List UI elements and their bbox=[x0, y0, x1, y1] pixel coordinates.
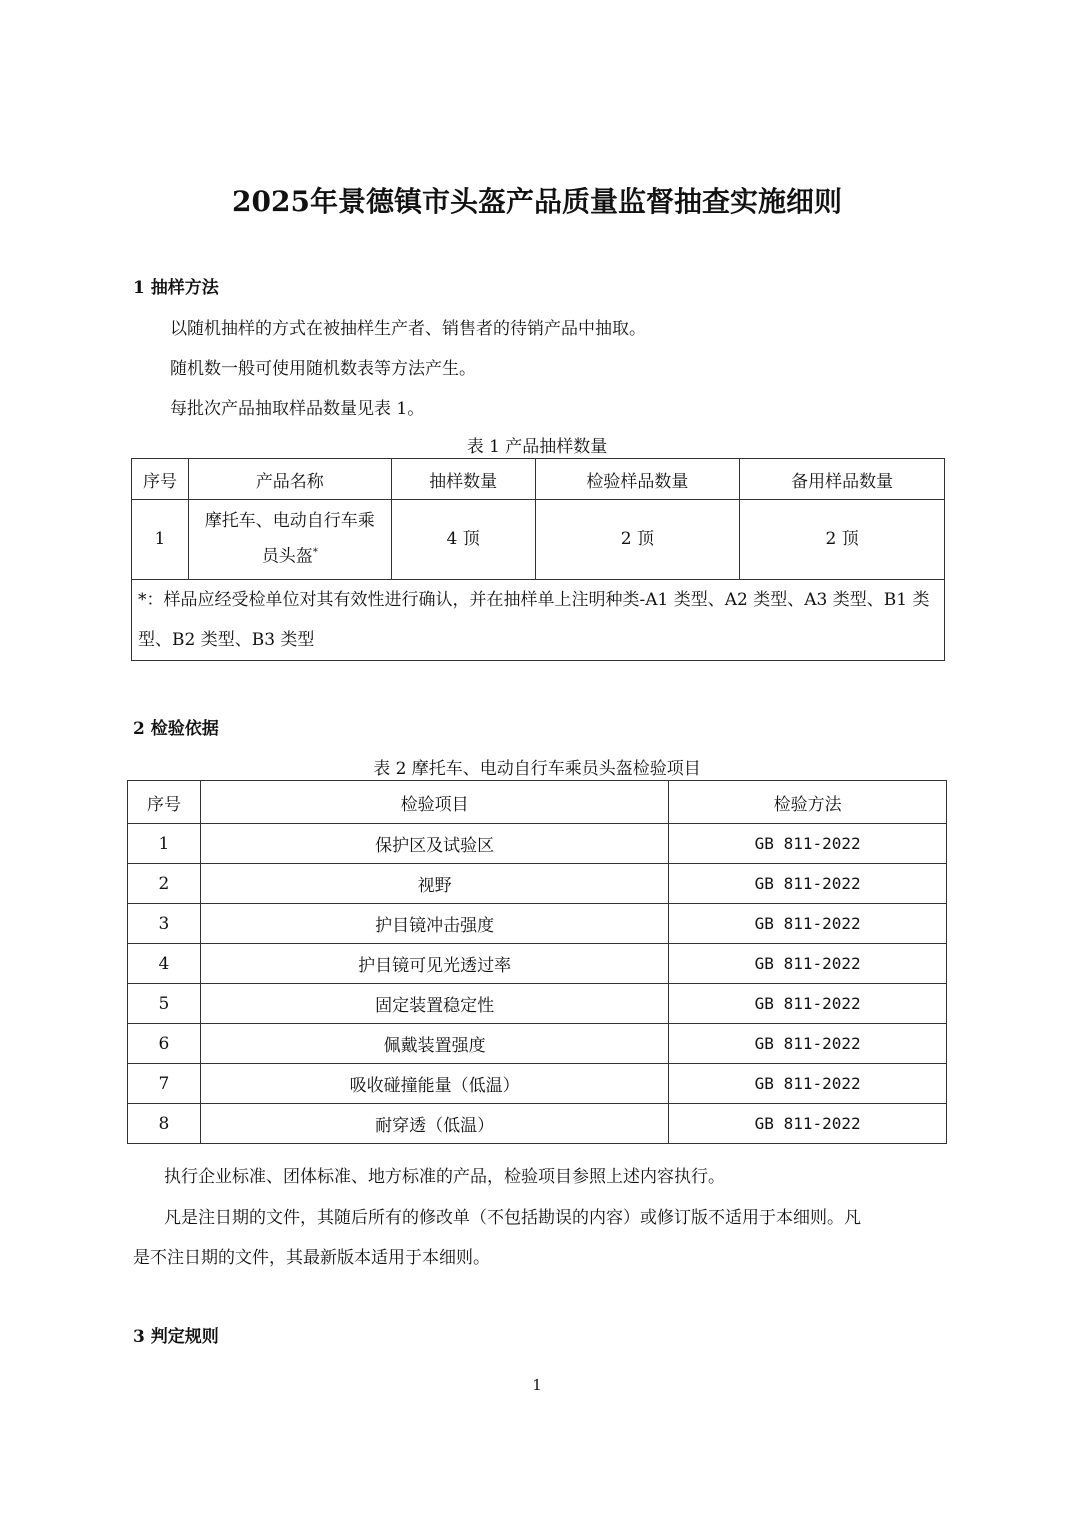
cell-test-qty: 2 顶 bbox=[535, 500, 740, 580]
table-row: 4护目镜可见光透过率GB 811-2022 bbox=[128, 944, 947, 984]
cell-method: GB 811-2022 bbox=[669, 904, 947, 944]
cell-no: 4 bbox=[128, 944, 201, 984]
header-cell: 检验方法 bbox=[669, 781, 947, 824]
cell-method: GB 811-2022 bbox=[669, 824, 947, 864]
product-name-line1: 摩托车、电动自行车乘 bbox=[205, 511, 375, 531]
header-cell: 产品名称 bbox=[188, 459, 391, 500]
paragraph: 每批次产品抽取样品数量见表 1。 bbox=[170, 394, 424, 419]
sampling-quantity-table: 序号 产品名称 抽样数量 检验样品数量 备用样品数量 1 摩托车、电动自行车乘 … bbox=[131, 458, 945, 661]
cell-item: 保护区及试验区 bbox=[200, 824, 668, 864]
header-cell: 抽样数量 bbox=[391, 459, 535, 500]
cell-no: 1 bbox=[132, 500, 189, 580]
cell-no: 8 bbox=[128, 1104, 201, 1144]
footnote-mark: * bbox=[313, 547, 318, 558]
table-row: 3护目镜冲击强度GB 811-2022 bbox=[128, 904, 947, 944]
table-row: 7吸收碰撞能量（低温）GB 811-2022 bbox=[128, 1064, 947, 1104]
cell-no: 3 bbox=[128, 904, 201, 944]
header-cell: 备用样品数量 bbox=[740, 459, 945, 500]
product-name-line2: 员头盔 bbox=[262, 547, 313, 567]
paragraph: 执行企业标准、团体标准、地方标准的产品，检验项目参照上述内容执行。 bbox=[164, 1162, 725, 1187]
paragraph: 随机数一般可使用随机数表等方法产生。 bbox=[170, 354, 476, 379]
table2-caption: 表 2 摩托车、电动自行车乘员头盔检验项目 bbox=[0, 754, 1074, 779]
paragraph: 凡是注日期的文件，其随后所有的修改单（不包括勘误的内容）或修订版不适用于本细则。… bbox=[164, 1203, 861, 1228]
header-cell: 序号 bbox=[128, 781, 201, 824]
inspection-items-table: 序号 检验项目 检验方法 1保护区及试验区GB 811-2022 2视野GB 8… bbox=[127, 780, 947, 1144]
cell-item: 固定装置稳定性 bbox=[200, 984, 668, 1024]
table-note: *：样品应经受检单位对其有效性进行确认，并在抽样单上注明种类-A1 类型、A2 … bbox=[132, 580, 945, 661]
table-row: 5固定装置稳定性GB 811-2022 bbox=[128, 984, 947, 1024]
cell-product-name: 摩托车、电动自行车乘 员头盔* bbox=[188, 500, 391, 580]
cell-item: 视野 bbox=[200, 864, 668, 904]
table-row: 6佩戴装置强度GB 811-2022 bbox=[128, 1024, 947, 1064]
table-note-row: *：样品应经受检单位对其有效性进行确认，并在抽样单上注明种类-A1 类型、A2 … bbox=[132, 580, 945, 661]
cell-method: GB 811-2022 bbox=[669, 1064, 947, 1104]
cell-item: 耐穿透（低温） bbox=[200, 1104, 668, 1144]
cell-no: 2 bbox=[128, 864, 201, 904]
header-cell: 检验样品数量 bbox=[535, 459, 740, 500]
header-cell: 检验项目 bbox=[200, 781, 668, 824]
section-heading-sampling: 1 抽样方法 bbox=[133, 273, 219, 298]
paragraph: 是不注日期的文件，其最新版本适用于本细则。 bbox=[133, 1243, 490, 1268]
section-heading-basis: 2 检验依据 bbox=[133, 714, 219, 739]
table-header-row: 序号 检验项目 检验方法 bbox=[128, 781, 947, 824]
cell-method: GB 811-2022 bbox=[669, 1104, 947, 1144]
table-row: 1 摩托车、电动自行车乘 员头盔* 4 顶 2 顶 2 顶 bbox=[132, 500, 945, 580]
cell-method: GB 811-2022 bbox=[669, 1024, 947, 1064]
cell-item: 护目镜可见光透过率 bbox=[200, 944, 668, 984]
table-row: 8耐穿透（低温）GB 811-2022 bbox=[128, 1104, 947, 1144]
cell-item: 佩戴装置强度 bbox=[200, 1024, 668, 1064]
table-row: 2视野GB 811-2022 bbox=[128, 864, 947, 904]
cell-no: 7 bbox=[128, 1064, 201, 1104]
cell-sample-qty: 4 顶 bbox=[391, 500, 535, 580]
cell-no: 6 bbox=[128, 1024, 201, 1064]
cell-reserve-qty: 2 顶 bbox=[740, 500, 945, 580]
paragraph: 以随机抽样的方式在被抽样生产者、销售者的待销产品中抽取。 bbox=[170, 314, 646, 339]
table-header-row: 序号 产品名称 抽样数量 检验样品数量 备用样品数量 bbox=[132, 459, 945, 500]
cell-method: GB 811-2022 bbox=[669, 864, 947, 904]
cell-no: 5 bbox=[128, 984, 201, 1024]
document-title: 2025年景德镇市头盔产品质量监督抽查实施细则 bbox=[0, 180, 1074, 220]
cell-method: GB 811-2022 bbox=[669, 984, 947, 1024]
cell-item: 护目镜冲击强度 bbox=[200, 904, 668, 944]
cell-no: 1 bbox=[128, 824, 201, 864]
page-number: 1 bbox=[0, 1376, 1074, 1394]
header-cell: 序号 bbox=[132, 459, 189, 500]
cell-item: 吸收碰撞能量（低温） bbox=[200, 1064, 668, 1104]
section-heading-judgment: 3 判定规则 bbox=[133, 1322, 219, 1347]
table1-caption: 表 1 产品抽样数量 bbox=[0, 432, 1074, 457]
table-row: 1保护区及试验区GB 811-2022 bbox=[128, 824, 947, 864]
cell-method: GB 811-2022 bbox=[669, 944, 947, 984]
